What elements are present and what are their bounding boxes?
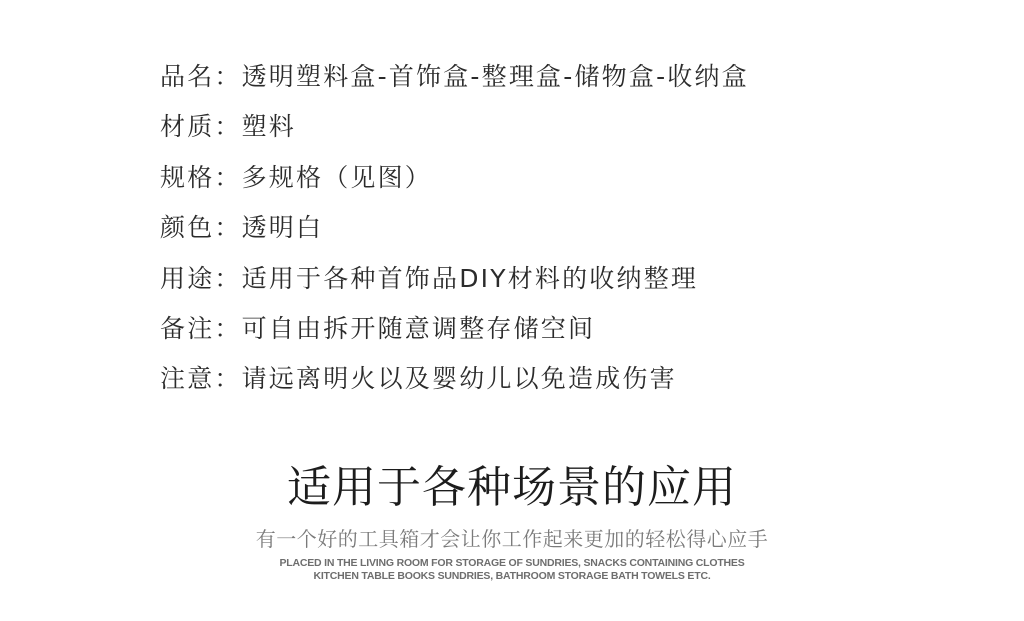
spec-label: 颜色 (160, 213, 214, 242)
spec-row-remarks: 备注：可自由拆开随意调整存储空间 (160, 310, 749, 360)
spec-label: 材质 (160, 112, 214, 141)
scene-english-line-1: PLACED IN THE LIVING ROOM FOR STORAGE OF… (0, 557, 1024, 570)
spec-separator: ： (214, 364, 241, 393)
scene-title: 适用于各种场景的应用 (0, 458, 1024, 518)
spec-label: 备注 (160, 314, 214, 343)
spec-row-product-name: 品名：透明塑料盒-首饰盒-整理盒-储物盒-收纳盒 (160, 58, 749, 108)
spec-label: 规格 (160, 163, 214, 192)
spec-separator: ： (214, 62, 241, 91)
spec-label: 用途 (160, 264, 214, 293)
scene-subtitle: 有一个好的工具箱才会让你工作起来更加的轻松得心应手 (0, 526, 1024, 552)
scene-section: 适用于各种场景的应用 有一个好的工具箱才会让你工作起来更加的轻松得心应手 PLA… (0, 458, 1024, 583)
spec-value: 请远离明火以及婴幼儿以免造成伤害 (242, 364, 677, 393)
scene-english-line-2: KITCHEN TABLE BOOKS SUNDRIES, BATHROOM S… (0, 570, 1024, 583)
spec-value: 透明塑料盒-首饰盒-整理盒-储物盒-收纳盒 (242, 62, 749, 91)
spec-value: 透明白 (242, 213, 324, 242)
spec-separator: ： (214, 163, 241, 192)
spec-row-color: 颜色：透明白 (160, 209, 749, 259)
spec-row-caution: 注意：请远离明火以及婴幼儿以免造成伤害 (160, 360, 749, 410)
spec-value: 多规格（见图） (242, 163, 432, 192)
spec-value: 塑料 (242, 112, 296, 141)
spec-value: 可自由拆开随意调整存储空间 (242, 314, 596, 343)
spec-label: 注意 (160, 364, 214, 393)
product-spec-list: 品名：透明塑料盒-首饰盒-整理盒-储物盒-收纳盒 材质：塑料 规格：多规格（见图… (160, 58, 749, 411)
spec-row-material: 材质：塑料 (160, 108, 749, 158)
spec-separator: ： (214, 213, 241, 242)
spec-row-usage: 用途：适用于各种首饰品DIY材料的收纳整理 (160, 260, 749, 310)
spec-value: 适用于各种首饰品DIY材料的收纳整理 (242, 264, 699, 293)
spec-label: 品名 (160, 62, 214, 91)
spec-separator: ： (214, 264, 241, 293)
spec-separator: ： (214, 314, 241, 343)
spec-separator: ： (214, 112, 241, 141)
spec-row-size: 规格：多规格（见图） (160, 159, 749, 209)
